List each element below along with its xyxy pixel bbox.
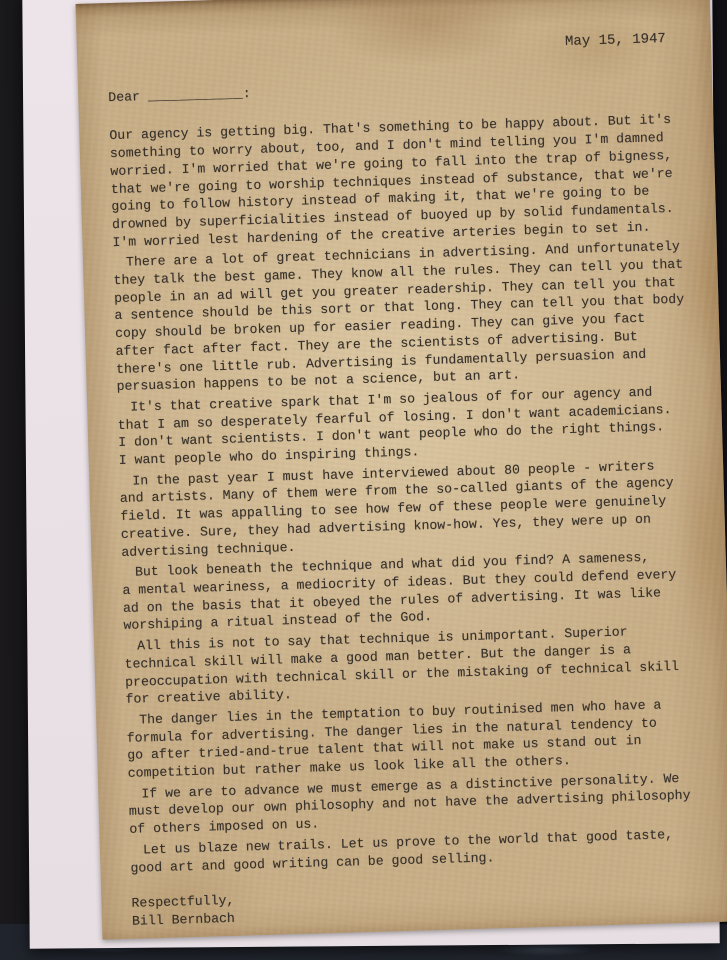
letter-body: Our agency is getting big. That's someth… (109, 110, 726, 877)
letter-paragraph: There are a lot of great technicians in … (113, 237, 713, 396)
letter-date: May 15, 1947 (77, 31, 666, 66)
photo-background: May 15, 1947 Dear ____________: Our agen… (0, 0, 727, 960)
letter-paragraph: Our agency is getting big. That's someth… (109, 110, 708, 251)
letter-paragraph: All this is not to say that technique is… (124, 621, 722, 709)
letter-page: May 15, 1947 Dear ____________: Our agen… (76, 0, 727, 940)
backing-sheet: May 15, 1947 Dear ____________: Our agen… (22, 0, 719, 949)
letter-paragraph: The danger lies in the temptation to buy… (126, 695, 724, 783)
letter-paragraph: But look beneath the technique and what … (122, 547, 720, 635)
letter-salutation: Dear ____________: (108, 71, 712, 106)
letter-paragraph: It's that creative spark that I'm so jea… (117, 382, 715, 470)
letter-paragraph: In the past year I must have interviewed… (119, 456, 717, 562)
